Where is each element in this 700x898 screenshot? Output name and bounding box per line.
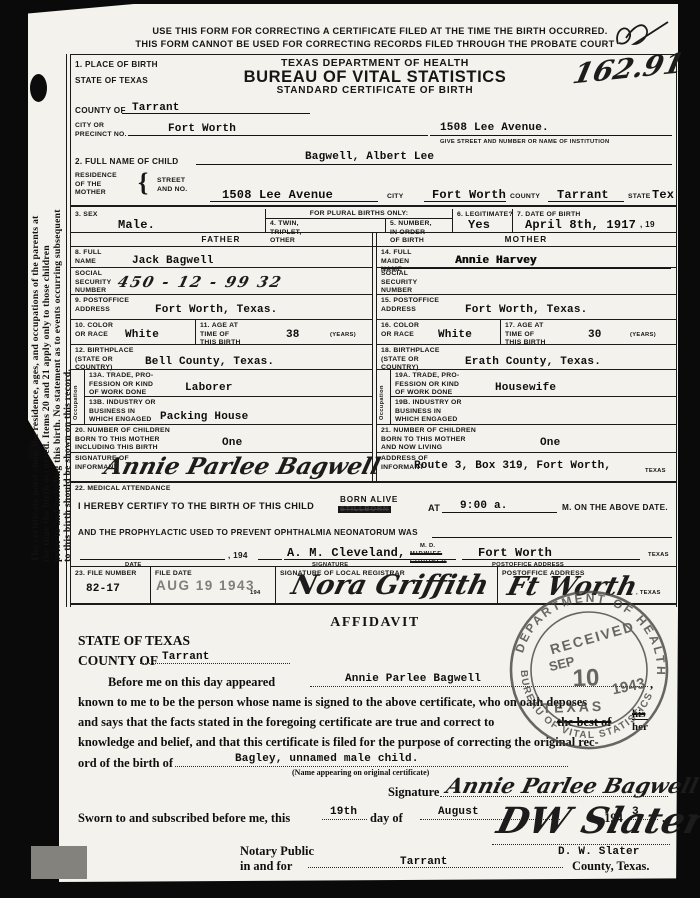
child-name-label: 2. FULL NAME OF CHILD bbox=[75, 157, 179, 168]
affidavit-title: AFFIDAVIT bbox=[250, 615, 500, 631]
father-years-label: (YEARS) bbox=[330, 332, 356, 339]
father-color-value: White bbox=[125, 329, 159, 341]
father-trade-value: Laborer bbox=[185, 382, 233, 394]
residence-city-label: CITY bbox=[387, 193, 403, 202]
file-number-label: 23. FILE NUMBER bbox=[75, 570, 137, 579]
informant-address-state: TEXAS bbox=[645, 468, 666, 475]
father-ssn-label: SOCIAL SECURITY NUMBER bbox=[75, 270, 111, 296]
mother-years-label: (YEARS) bbox=[630, 332, 656, 339]
plural-header-rule bbox=[265, 218, 452, 219]
margin-line: to this birth should be shown on this re… bbox=[63, 62, 74, 562]
row-rule bbox=[70, 232, 676, 233]
father-po-value: Fort Worth, Texas. bbox=[155, 304, 277, 316]
residence-state-value: Tex bbox=[652, 188, 674, 202]
father-children-value: One bbox=[222, 437, 242, 449]
time-underline bbox=[442, 500, 557, 513]
appeared-prefix: Before me on this day appeared bbox=[108, 674, 275, 690]
divider bbox=[497, 566, 498, 603]
sex-value: Male. bbox=[118, 218, 155, 232]
mother-color-value: White bbox=[438, 329, 472, 341]
box-border-left bbox=[70, 54, 71, 607]
field-rule bbox=[376, 319, 676, 320]
mother-children-label: 21. NUMBER OF CHILDREN BORN TO THIS MOTH… bbox=[381, 427, 476, 453]
box-border-left2 bbox=[66, 54, 67, 607]
box-border-top bbox=[70, 54, 676, 55]
affidavit-signature-line bbox=[440, 792, 668, 797]
mother-trade-value: Housewife bbox=[495, 382, 556, 394]
divider bbox=[500, 319, 501, 344]
dob-value: April 8th, 1917 bbox=[525, 218, 636, 232]
certificate-title: STANDARD CERTIFICATE OF BIRTH bbox=[230, 85, 520, 96]
residence-bottom-rule bbox=[70, 205, 676, 207]
county-underline bbox=[122, 100, 310, 114]
form-instruction-2: THIS FORM CANNOT BE USED FOR CORRECTING … bbox=[115, 39, 635, 51]
field-rule bbox=[70, 294, 372, 295]
scan-artifact-gray bbox=[31, 846, 87, 879]
stamp-day: 10 bbox=[572, 664, 600, 692]
prophylactic-label: AND THE PROPHYLACTIC USED TO PREVENT OPH… bbox=[78, 528, 418, 539]
stamp-received: RECEIVED bbox=[548, 618, 637, 658]
column-divider bbox=[372, 232, 373, 483]
father-occupation-side-label: Occupation bbox=[73, 374, 79, 420]
notary-signature-line bbox=[492, 840, 670, 845]
father-children-label: 20. NUMBER OF CHILDREN BORN TO THIS MOTH… bbox=[75, 427, 170, 453]
field-rule bbox=[376, 369, 676, 370]
column-divider2 bbox=[376, 232, 377, 483]
field-rule bbox=[390, 396, 676, 397]
birth-of-prefix: ord of the birth of bbox=[78, 755, 173, 771]
residence-street-underline bbox=[210, 188, 378, 202]
father-name-label: 8. FULL NAME bbox=[75, 249, 102, 266]
columns-bottom-rule bbox=[70, 481, 676, 483]
street-note: GIVE STREET AND NUMBER OR NAME OF INSTIT… bbox=[440, 139, 609, 146]
margin-line: the time the birth occurred. Items 20 an… bbox=[42, 62, 53, 562]
father-birthplace-value: Bell County, Texas. bbox=[145, 356, 274, 368]
field-rule bbox=[70, 424, 372, 425]
mother-header: MOTHER bbox=[376, 235, 676, 246]
field-rule bbox=[376, 424, 676, 425]
margin-instruction-note: The certificate must show the residence,… bbox=[31, 62, 74, 562]
year-stub-underline bbox=[258, 547, 282, 560]
residence-brace: { bbox=[138, 168, 148, 198]
notary-county-line bbox=[308, 856, 563, 868]
coroner-struck: CORONER bbox=[410, 559, 447, 566]
field-rule bbox=[376, 452, 676, 453]
father-age-value: 38 bbox=[286, 329, 300, 341]
mother-po-label: 15. POSTOFFICE ADDRESS bbox=[381, 297, 439, 314]
field-rule bbox=[70, 369, 372, 370]
local-registrar-signature: Nora Griffith bbox=[288, 570, 492, 601]
residence-county-underline bbox=[548, 188, 624, 202]
divider bbox=[150, 566, 151, 603]
scan-edge-right bbox=[676, 0, 700, 898]
residence-state-label: STATE bbox=[628, 193, 651, 202]
mother-occupation-side-label: Occupation bbox=[379, 374, 385, 420]
mother-po-value: Fort Worth, Texas. bbox=[465, 304, 587, 316]
field-rule bbox=[70, 344, 372, 345]
notary-name-typed: D. W. Slater bbox=[558, 846, 640, 858]
form-instruction-1: USE THIS FORM FOR CORRECTING A CERTIFICA… bbox=[120, 26, 640, 38]
mother-children-value: One bbox=[540, 437, 560, 449]
child-name-underline bbox=[196, 151, 672, 165]
sworn-prefix: Sworn to and subscribed before me, this bbox=[78, 810, 290, 826]
on-above-date-label: M. ON THE ABOVE DATE. bbox=[562, 503, 668, 514]
row23-top-rule bbox=[70, 566, 676, 567]
father-trade-label: 13A. TRADE, PRO- FESSION OR KIND OF WORK… bbox=[89, 372, 153, 398]
in-and-for-label: in and for bbox=[240, 858, 292, 874]
city-precinct-label: CITY OR PRECINCT NO. bbox=[75, 122, 127, 139]
divider bbox=[512, 209, 513, 232]
informant-address-value: Route 3, Box 319, Fort Worth, bbox=[414, 460, 611, 472]
affidavit-line3: and says that the facts stated in the fo… bbox=[78, 714, 497, 730]
county-texas-suffix: County, Texas. bbox=[572, 858, 649, 874]
divider bbox=[195, 319, 196, 344]
father-ssn-value: 450 - 12 - 99 32 bbox=[116, 273, 285, 291]
certify-text: I HEREBY CERTIFY TO THE BIRTH OF THIS CH… bbox=[78, 501, 314, 513]
po-underline bbox=[462, 547, 640, 560]
divider bbox=[265, 209, 266, 232]
father-industry-value: Packing House bbox=[160, 411, 248, 423]
day-of-label: day of bbox=[370, 810, 403, 826]
residence-label: RESIDENCE OF THE MOTHER bbox=[75, 172, 117, 198]
father-name-value: Jack Bagwell bbox=[132, 255, 214, 267]
mother-industry-label: 19B. INDUSTRY OR BUSINESS IN WHICH ENGAG… bbox=[395, 399, 462, 425]
scanned-birth-certificate: The certificate must show the residence,… bbox=[0, 0, 700, 898]
place-of-birth-label: 1. PLACE OF BIRTH bbox=[75, 60, 158, 71]
legitimate-value: Yes bbox=[468, 218, 490, 232]
county-of-label: COUNTY OF bbox=[75, 106, 126, 117]
prophylactic-underline bbox=[432, 525, 672, 538]
original-name-note: (Name appearing on original certificate) bbox=[292, 768, 429, 777]
street-underline bbox=[430, 122, 672, 136]
father-po-label: 9. POSTOFFICE ADDRESS bbox=[75, 297, 129, 314]
state-of-texas-label: STATE OF TEXAS bbox=[75, 76, 148, 87]
notary-signature-script: DW Slater bbox=[493, 800, 700, 842]
residence-city-underline bbox=[424, 188, 506, 202]
father-color-label: 10. COLOR OR RACE bbox=[75, 322, 113, 339]
mother-birthplace-value: Erath County, Texas. bbox=[465, 356, 601, 368]
born-alive-label: BORN ALIVE bbox=[340, 495, 398, 506]
signature-label: Signature bbox=[388, 784, 439, 800]
year-stub: , 194 bbox=[228, 551, 248, 562]
mother-age-value: 30 bbox=[588, 329, 602, 341]
residence-county-label: COUNTY bbox=[510, 193, 540, 202]
mother-color-label: 16. COLOR OR RACE bbox=[381, 322, 419, 339]
divider bbox=[275, 566, 276, 603]
received-stamp: DEPARTMENT OF HEALTH BUREAU OF VITAL STA… bbox=[492, 573, 687, 768]
file-date-stamp: AUG 19 1943 bbox=[156, 578, 255, 593]
original-name-line bbox=[175, 753, 568, 767]
dob-year-stub: , 19 bbox=[640, 220, 655, 231]
mother-trade-label: 19A. TRADE, PRO- FESSION OR KIND OF WORK… bbox=[395, 372, 459, 398]
texas-label: TEXAS bbox=[648, 552, 669, 559]
field-rule bbox=[376, 294, 676, 295]
informant-signature: Annie Parlee Bagwell bbox=[102, 453, 383, 480]
sworn-day-line bbox=[322, 808, 367, 820]
father-header: FATHER bbox=[70, 235, 372, 246]
city-underline bbox=[128, 122, 428, 136]
box-border-right bbox=[676, 54, 677, 607]
divider bbox=[385, 218, 386, 232]
field-rule bbox=[376, 267, 676, 268]
medical-attendance-label: 22. MEDICAL ATTENDANCE bbox=[75, 485, 171, 494]
file-number-value: 82-17 bbox=[86, 583, 120, 595]
field-rule bbox=[70, 267, 372, 268]
sex-label: 3. SEX bbox=[75, 211, 98, 220]
stillborn-redacted: STILLBORN bbox=[338, 506, 391, 513]
at-label: AT bbox=[428, 503, 440, 515]
affidavit-county-line bbox=[140, 650, 290, 664]
scan-edge-left bbox=[0, 0, 28, 898]
file-date-stub: 194 bbox=[250, 590, 261, 597]
date-underline bbox=[80, 547, 225, 560]
father-industry-label: 13B. INDUSTRY OR BUSINESS IN WHICH ENGAG… bbox=[89, 399, 156, 425]
header-rule bbox=[70, 246, 676, 247]
residence-street-label: STREET AND NO. bbox=[157, 177, 187, 194]
mother-ssn-label: SOCIAL SECURITY NUMBER bbox=[381, 270, 417, 296]
field-rule bbox=[376, 344, 676, 345]
affidavit-state: STATE OF TEXAS bbox=[78, 632, 190, 650]
notary-public-label: Notary Public bbox=[240, 843, 314, 859]
field-rule bbox=[70, 319, 372, 320]
midwife-struck: MIDWIFE bbox=[410, 551, 442, 558]
field-rule bbox=[84, 396, 372, 397]
divider bbox=[452, 209, 453, 232]
md-label: M. D. bbox=[420, 543, 435, 550]
stamp-texas: TEXAS bbox=[542, 698, 604, 716]
